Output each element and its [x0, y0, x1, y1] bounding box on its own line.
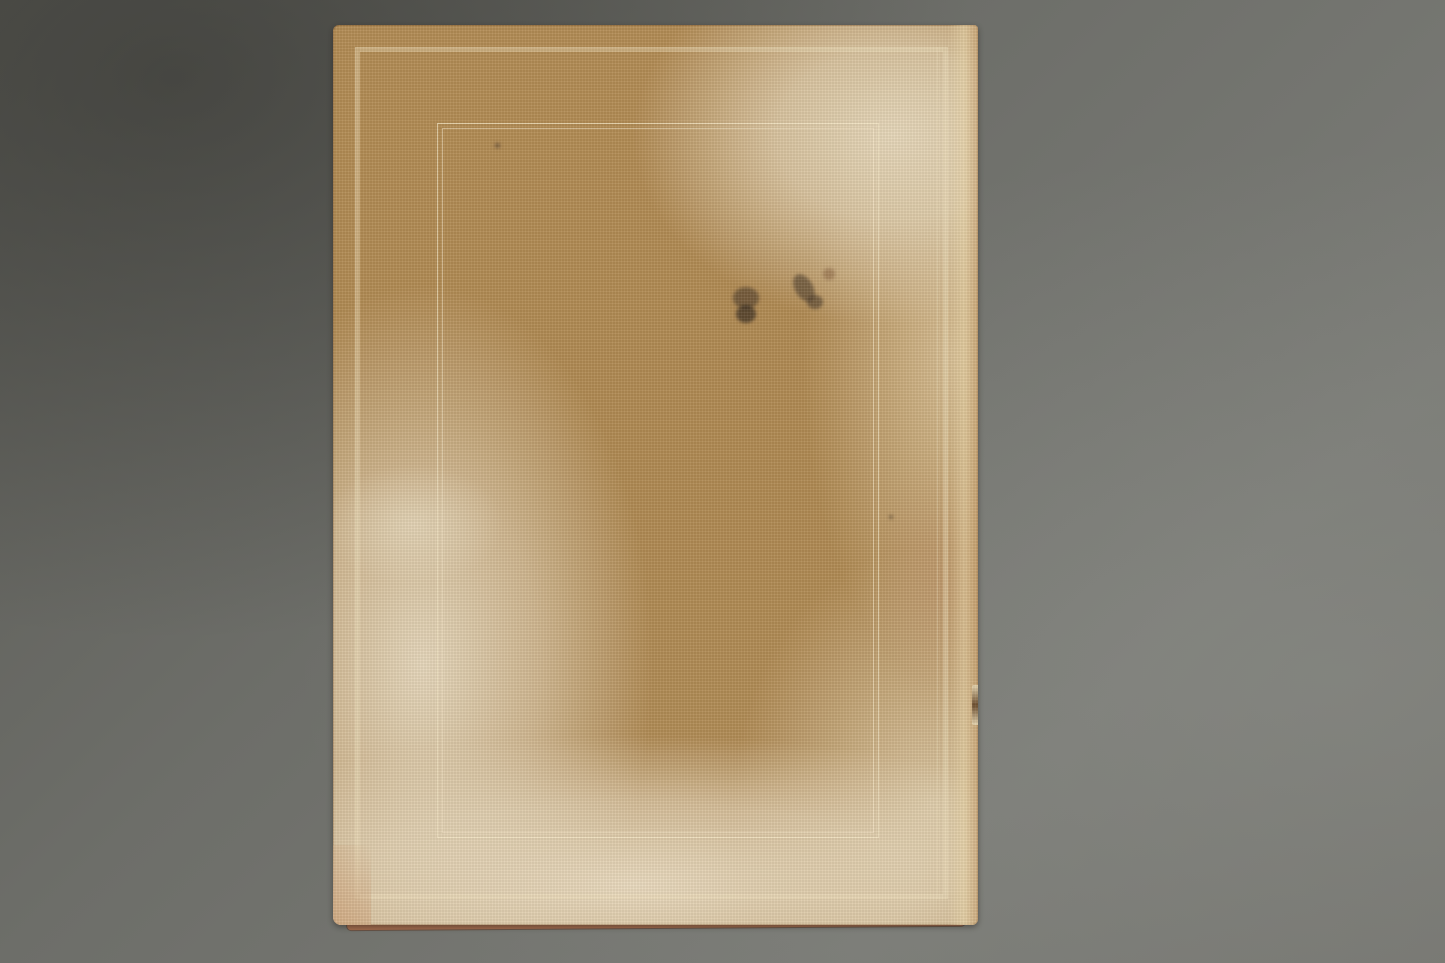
stain-spot: [736, 305, 756, 323]
stain-spot: [889, 515, 893, 519]
frayed-spine-tear: [972, 685, 978, 725]
book-back-cover: [333, 25, 978, 925]
spine-rule: [937, 47, 938, 899]
stain-spot: [823, 268, 835, 280]
photo-scene: [0, 0, 1445, 963]
inner-double-frame: [437, 123, 879, 838]
worn-corner: [333, 845, 371, 925]
stain-spot: [495, 143, 500, 148]
spine-edge: [948, 25, 978, 925]
stain-spot: [807, 295, 823, 309]
